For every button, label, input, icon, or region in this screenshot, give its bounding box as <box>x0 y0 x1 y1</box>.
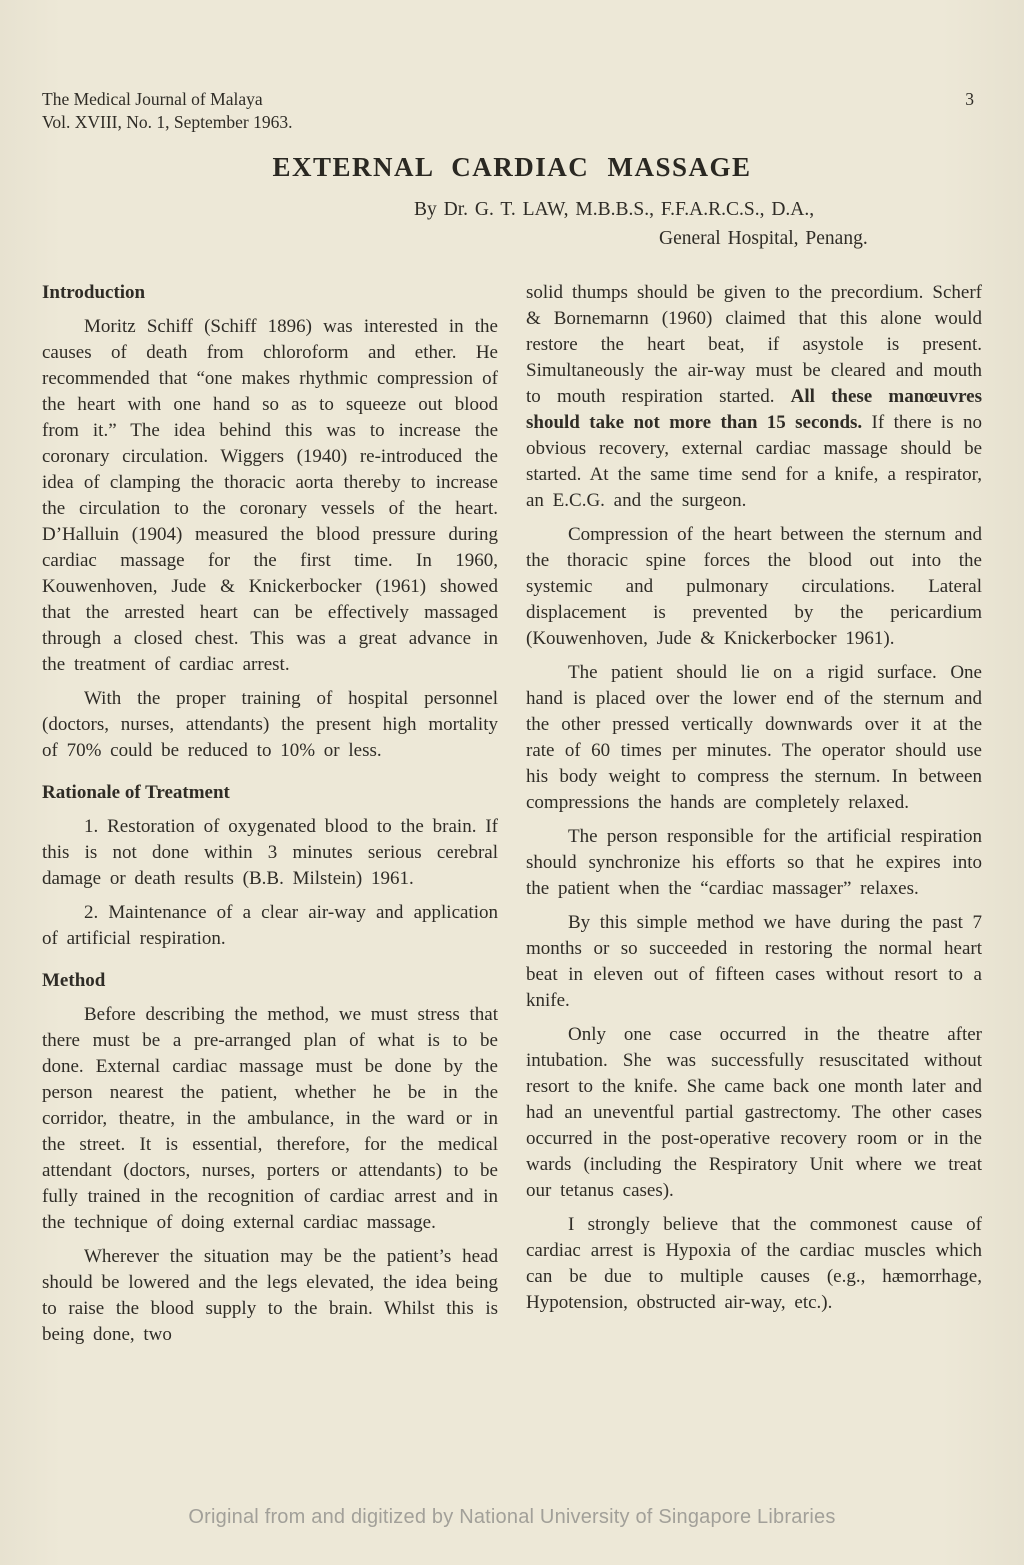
section-heading-method: Method <box>42 968 498 994</box>
section-heading-introduction: Introduction <box>42 280 498 306</box>
journal-title: The Medical Journal of Malaya <box>42 88 292 111</box>
right-column: solid thumps should be given to the prec… <box>526 280 982 1348</box>
article-title: EXTERNAL CARDIAC MASSAGE <box>42 152 982 183</box>
paragraph-patient-position: The patient should lie on a rigid surfac… <box>526 660 982 816</box>
paragraph-method-1: Before describing the method, we must st… <box>42 1002 498 1236</box>
byline: By Dr. G. T. LAW, M.B.B.S., F.F.A.R.C.S.… <box>42 199 982 221</box>
page-number: 3 <box>965 88 982 111</box>
article-body: Introduction Moritz Schiff (Schiff 1896)… <box>42 280 982 1348</box>
journal-issue: Vol. XVIII, No. 1, September 1963. <box>42 111 292 134</box>
paragraph-introduction-2: With the proper training of hospital per… <box>42 686 498 764</box>
journal-page: The Medical Journal of Malaya Vol. XVIII… <box>0 0 1024 1348</box>
paragraph-cases: Only one case occurred in the theatre af… <box>526 1022 982 1204</box>
left-column: Introduction Moritz Schiff (Schiff 1896)… <box>42 280 498 1348</box>
paragraph-rationale-item-2: 2. Maintenance of a clear air-way and ap… <box>42 900 498 952</box>
paragraph-compression: Compression of the heart between the ste… <box>526 522 982 652</box>
paragraph-results: By this simple method we have during the… <box>526 910 982 1014</box>
paragraph-rationale-item-1: 1. Restoration of oxygenated blood to th… <box>42 814 498 892</box>
journal-masthead: The Medical Journal of Malaya Vol. XVIII… <box>42 88 292 134</box>
affiliation: General Hospital, Penang. <box>42 228 982 250</box>
paragraph-method-2: Wherever the situation may be the patien… <box>42 1244 498 1348</box>
page-header: The Medical Journal of Malaya Vol. XVIII… <box>42 88 982 134</box>
paragraph-introduction-1: Moritz Schiff (Schiff 1896) was interest… <box>42 314 498 678</box>
paragraph-method-continuation: solid thumps should be given to the prec… <box>526 280 982 514</box>
section-heading-rationale: Rationale of Treatment <box>42 780 498 806</box>
footer-attribution: Original from and digitized by National … <box>0 1506 1024 1529</box>
paragraph-artificial-respiration: The person responsible for the artificia… <box>526 824 982 902</box>
paragraph-hypoxia: I strongly believe that the commonest ca… <box>526 1212 982 1316</box>
